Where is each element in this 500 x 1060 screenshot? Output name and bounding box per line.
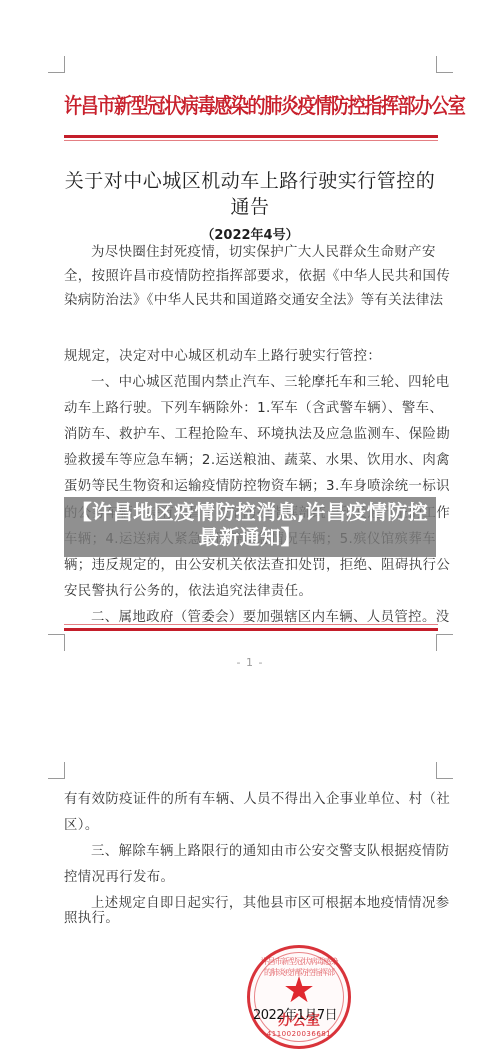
body-line: 为尽快圈住封死疫情，切实保护广大人民群众生命财产安 xyxy=(91,244,439,262)
issuer-header: 许昌市新型冠状病毒感染的肺炎疫情防控指挥部办公室 xyxy=(64,90,386,120)
page-corner-mark xyxy=(436,56,453,73)
page-corner-mark xyxy=(436,762,453,779)
official-seal: 许昌市新型冠状病毒感染的肺炎疫情防控指挥部 ★ 办公室 411002003668… xyxy=(247,945,351,1049)
document-title-line1: 关于对中心城区机动车上路行驶实行管控的 xyxy=(60,166,440,193)
document-number: （2022年4号） xyxy=(0,224,500,243)
seal-code: 4110020036681 xyxy=(250,1030,348,1038)
body-line: 区）。 xyxy=(64,817,439,835)
body-line: 有有效防疫证件的所有车辆、人员不得出入企事业单位、村（社 xyxy=(64,791,439,809)
body-line: 动车上路行驶。下列车辆除外：1.军车（含武警车辆）、警车、 xyxy=(64,400,439,418)
body-line: 消防车、救护车、工程抢险车、环境执法及应急监测车、保险勘 xyxy=(64,426,439,444)
body-line: 染病防治法》《中华人民共和国道路交通安全法》等有关法律法 xyxy=(64,292,439,310)
header-red-rule-thin xyxy=(64,140,438,141)
footer-red-rule xyxy=(64,628,438,631)
page-corner-mark xyxy=(436,634,453,651)
document-title-line2: 通告 xyxy=(60,192,440,219)
signature-date: 2022年1月7日 xyxy=(253,1004,337,1023)
body-line: 全，按照许昌市疫情防控指挥部要求，依据《中华人民共和国传 xyxy=(64,268,439,286)
body-line: 蛋奶等民生物资和运输疫情防控物资车辆；3.车身喷涂统一标识 xyxy=(64,478,439,496)
footer-red-rule-thin xyxy=(64,624,438,625)
page-corner-mark xyxy=(48,762,65,779)
body-line: 规规定，决定对中心城区机动车上路行驶实行管控： xyxy=(64,348,439,366)
page-number: - 1 - xyxy=(0,656,500,669)
body-line: 一、中心城区范围内禁止汽车、三轮摩托车和三轮、四轮电 xyxy=(91,374,439,392)
page-corner-mark xyxy=(48,634,65,651)
star-icon: ★ xyxy=(282,974,316,1008)
body-line: 辆；违反规定的，由公安机关依法查扣处罚，拒绝、阻碍执行公 xyxy=(64,557,439,575)
body-line: 控情况再行发布。 xyxy=(64,869,439,887)
header-red-rule xyxy=(64,135,438,138)
body-line: 验救援车等应急车辆；2.运送粮油、蔬菜、水果、饮用水、肉禽 xyxy=(64,452,439,470)
body-line: 三、解除车辆上路限行的通知由市公安交警支队根据疫情防 xyxy=(91,843,439,861)
body-line: 安民警执行公务的，依法追究法律责任。 xyxy=(64,583,439,601)
caption-overlay-text: 【许昌地区疫情防控消息,许昌疫情防控最新通知】 xyxy=(64,500,436,550)
body-line: 照执行。 xyxy=(64,910,439,928)
page-corner-mark xyxy=(48,56,65,73)
